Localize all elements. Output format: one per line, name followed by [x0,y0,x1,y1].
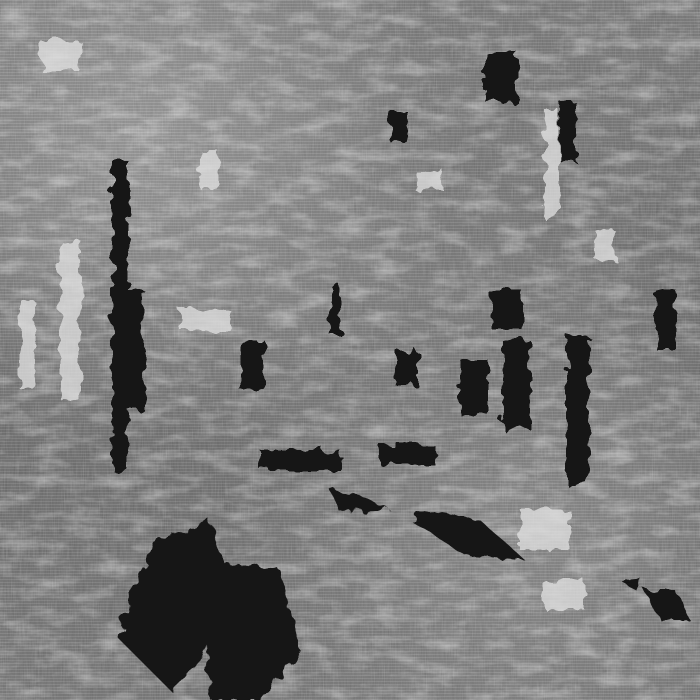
abstract-textile-image: Abstract grayscale distressed textile / … [0,0,700,700]
texture-layer [0,0,700,700]
